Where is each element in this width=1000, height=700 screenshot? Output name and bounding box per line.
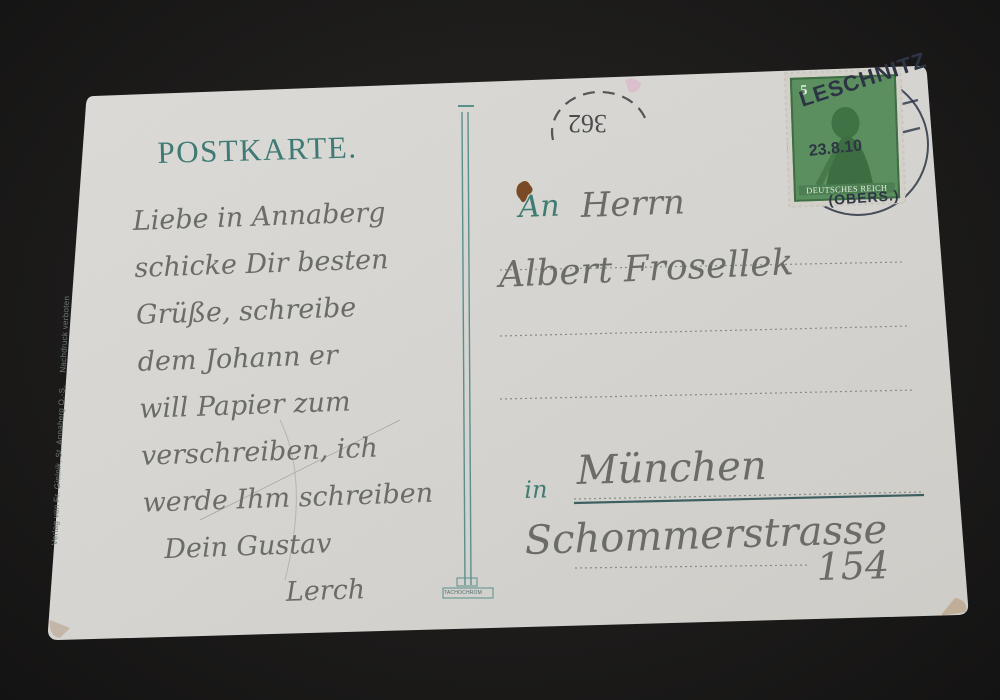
- city-prefix: in: [524, 475, 548, 504]
- divider-logo: TACHOCHROM: [444, 590, 482, 596]
- printed-salutation: An: [518, 189, 560, 225]
- handwritten-message: Liebe in Annaberg schicke Dir besten Grü…: [132, 188, 437, 621]
- handwritten-salutation: Herrn: [580, 182, 686, 226]
- recipient-city: München: [576, 443, 767, 494]
- recipient-house-number: 154: [816, 543, 890, 589]
- postcard-photo: POSTKARTE. Verlag von Fr. Gielnik, St. A…: [0, 0, 1000, 700]
- number-stamp: 362: [568, 108, 607, 138]
- postkarte-title: POSTKARTE.: [157, 129, 358, 171]
